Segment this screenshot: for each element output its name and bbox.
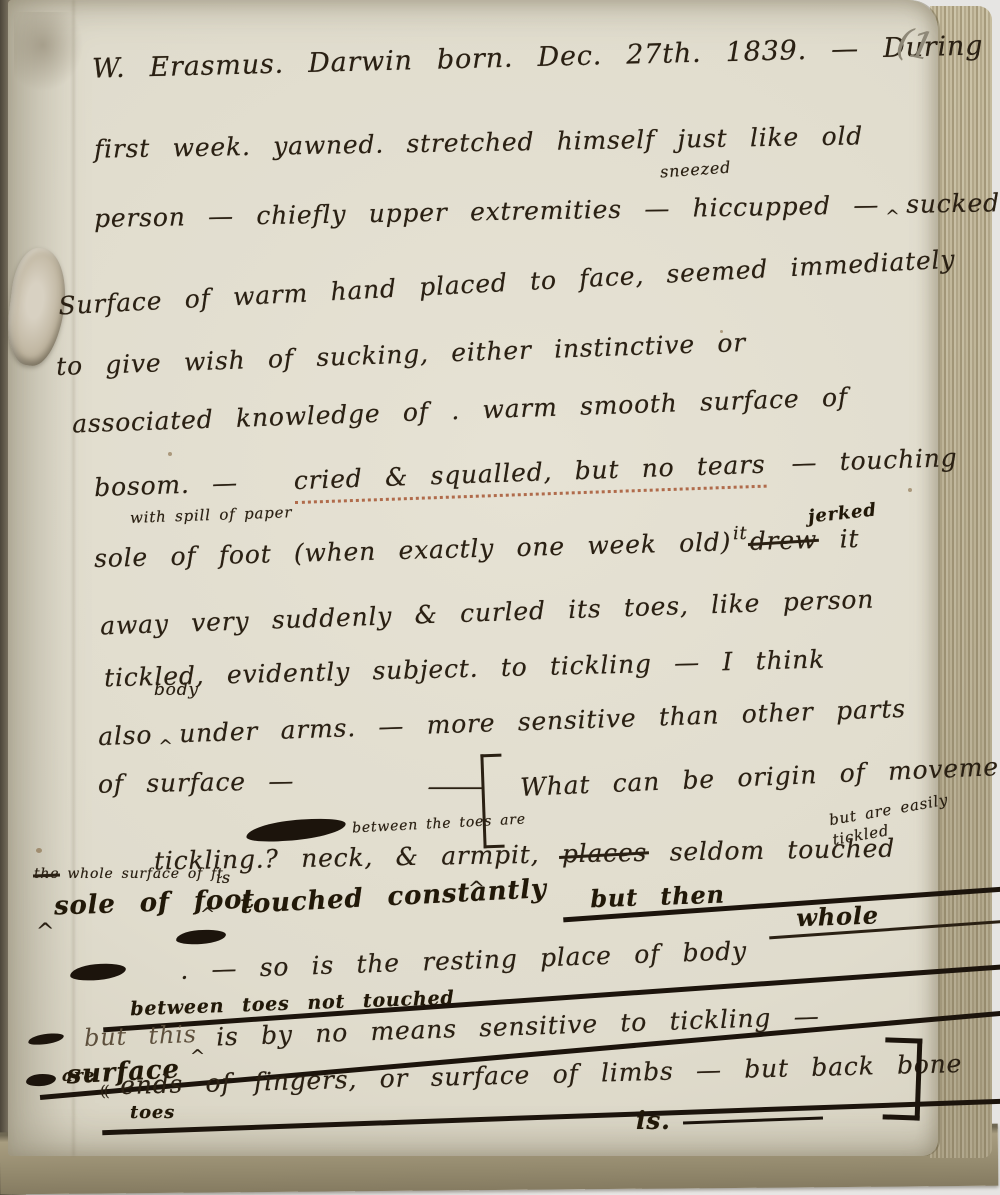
word-gap bbox=[238, 489, 294, 491]
line-under-arms: also^under arms. — more sensitive than o… bbox=[98, 694, 907, 751]
struck-toes: toes bbox=[130, 1102, 1000, 1123]
paper-speck bbox=[908, 488, 912, 492]
margin-note-text: whole surface of ft bbox=[67, 866, 223, 882]
manuscript-photo: W. Erasmus. Darwin born. Dec. 27th. 1839… bbox=[0, 0, 1000, 1195]
line-wish-sucking: to give wish of sucking, either instinct… bbox=[56, 328, 747, 381]
long-dash-stroke bbox=[683, 1117, 823, 1125]
line-seldom-touched: seldom touched bbox=[669, 834, 895, 867]
line-first-week: first week. yawned. stretched himself ju… bbox=[94, 121, 863, 163]
struck-the: the bbox=[34, 866, 59, 882]
line-bosom: bosom. —cried & squalled, but no tears— … bbox=[94, 443, 958, 502]
line-sole-text: sole of foot (when exactly one week old) bbox=[94, 527, 732, 573]
caret-mark: ^ bbox=[158, 736, 174, 757]
caret-mark: ^ bbox=[36, 920, 55, 945]
line-but-this: but this bbox=[84, 1020, 198, 1052]
margin-note-whole-sole: the whole surface of ft bbox=[34, 866, 224, 882]
insertion-body: body bbox=[154, 680, 199, 700]
line-is-text: is. bbox=[636, 1106, 671, 1135]
line-touched-constantly: touched constantly bbox=[239, 874, 547, 920]
line-bosom-end: — touching bbox=[791, 443, 958, 478]
superscript-it: it bbox=[733, 523, 748, 544]
struck-drew: drew bbox=[749, 525, 817, 556]
caret-mark: ^ bbox=[190, 1046, 206, 1067]
margin-bracket-open bbox=[480, 754, 504, 849]
paper-speck bbox=[168, 452, 172, 456]
ink-blot-margin bbox=[26, 1073, 57, 1087]
ink-blot bbox=[69, 962, 126, 983]
line-associated: associated knowledge of . warm smooth su… bbox=[72, 382, 849, 438]
struck-places: places bbox=[562, 838, 648, 868]
line-is-final: is. bbox=[636, 1106, 823, 1135]
dash-mark: — bbox=[426, 772, 452, 801]
dash-glyph: — bbox=[426, 772, 488, 801]
line-sole-end: it bbox=[839, 524, 859, 554]
manuscript-page: W. Erasmus. Darwin born. Dec. 27th. 1839… bbox=[8, 0, 938, 1156]
insertion-sneezed: sneezed bbox=[659, 158, 731, 182]
insertion-jerked: jerked bbox=[807, 499, 878, 527]
red-dotted-underline: cried & squalled, but no tears bbox=[293, 450, 766, 504]
line-header: W. Erasmus. Darwin born. Dec. 27th. 1839… bbox=[92, 30, 984, 84]
margin-word-are: are bbox=[62, 1066, 95, 1086]
ink-blot bbox=[176, 928, 227, 945]
line-of-surface: of surface — bbox=[98, 766, 295, 798]
double-caret-mark: (( bbox=[100, 1082, 108, 1100]
caret-mark: ^ bbox=[200, 904, 216, 925]
caret-mark: ^ bbox=[885, 207, 900, 227]
line-person: person — chiefly upper extremities — hic… bbox=[94, 188, 1000, 233]
line-surface-hand: Surface of warm hand placed to face, see… bbox=[58, 245, 956, 321]
ink-blot-obliterated-word bbox=[245, 815, 347, 845]
line-bosom-start: bosom. — bbox=[94, 468, 239, 502]
gutter-crease bbox=[72, 0, 75, 1156]
ink-blot-margin bbox=[27, 1032, 64, 1047]
superscript-is: is bbox=[216, 868, 231, 887]
line-resting-place: . — so is the resting place of body bbox=[180, 936, 748, 985]
line-person-end: sucked, bbox=[906, 188, 1000, 219]
line-also: also bbox=[98, 720, 153, 751]
line-away-suddenly: away very suddenly & curled its toes, li… bbox=[100, 584, 875, 640]
line-under-arms-text: under arms. — more sensitive than other … bbox=[179, 694, 907, 748]
paper-speck bbox=[36, 848, 42, 853]
line-sole2: sole of foot bbox=[54, 884, 256, 921]
margin-bracket-close bbox=[883, 1037, 923, 1120]
line-person-text: person — chiefly upper extremities — hic… bbox=[94, 190, 880, 233]
insertion-spill-of-paper: with spill of paper bbox=[130, 503, 293, 527]
line-tickled: tickled, evidently subject. to tickling … bbox=[104, 645, 826, 693]
word-gap bbox=[766, 472, 792, 473]
line-sole-of-foot: sole of foot (when exactly one week old)… bbox=[94, 524, 860, 573]
